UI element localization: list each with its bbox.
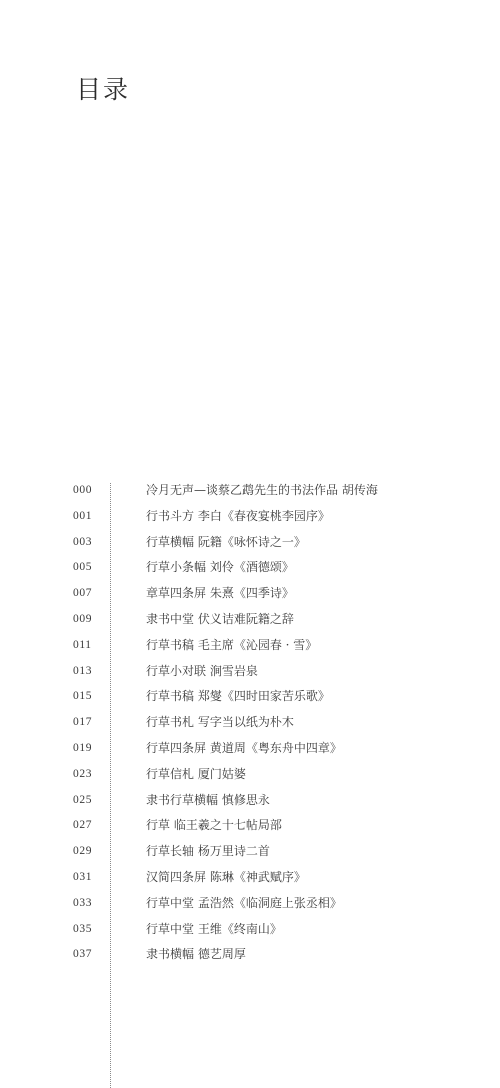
toc-entry-title[interactable]: 行草小条幅 刘伶《酒德颂》 xyxy=(146,558,294,576)
toc-entry[interactable]: 009 隶书中堂 伏义诘难阮籍之辞 xyxy=(0,610,500,636)
toc-entry[interactable]: 023 行草信札 厦门姑婆 xyxy=(0,765,500,791)
toc-entry[interactable]: 000 冷月无声—谈蔡乙鹉先生的书法作品 胡传海 xyxy=(0,481,500,507)
toc-entry[interactable]: 015 行草书稿 郑燮《四时田家苦乐歌》 xyxy=(0,687,500,713)
toc-page-number: 017 xyxy=(73,713,92,731)
table-of-contents: 000 冷月无声—谈蔡乙鹉先生的书法作品 胡传海 001 行书斗方 李白《春夜宴… xyxy=(0,481,500,971)
toc-entry[interactable]: 017 行草书札 写字当以纸为朴木 xyxy=(0,713,500,739)
toc-entry-title[interactable]: 行书斗方 李白《春夜宴桃李园序》 xyxy=(146,507,330,525)
toc-entry-title[interactable]: 隶书中堂 伏义诘难阮籍之辞 xyxy=(146,610,294,628)
toc-entry-title[interactable]: 隶书横幅 德艺周厚 xyxy=(146,945,246,963)
toc-page-number: 035 xyxy=(73,920,92,938)
toc-entry-title[interactable]: 行草书稿 毛主席《沁园春 · 雪》 xyxy=(146,636,317,654)
toc-page-number: 003 xyxy=(73,533,92,551)
toc-entry-title[interactable]: 行草小对联 涧雪岩泉 xyxy=(146,662,258,680)
page-title: 目录 xyxy=(76,70,130,106)
toc-entry-title[interactable]: 行草横幅 阮籍《咏怀诗之一》 xyxy=(146,533,306,551)
toc-entry-title[interactable]: 行草书稿 郑燮《四时田家苦乐歌》 xyxy=(146,687,330,705)
toc-entry[interactable]: 035 行草中堂 王维《终南山》 xyxy=(0,920,500,946)
toc-entry-title[interactable]: 冷月无声—谈蔡乙鹉先生的书法作品 胡传海 xyxy=(146,481,378,499)
toc-entry[interactable]: 031 汉简四条屏 陈琳《神武赋序》 xyxy=(0,868,500,894)
toc-page-number: 000 xyxy=(73,481,92,499)
toc-entry-title[interactable]: 隶书行草横幅 慎修思永 xyxy=(146,791,270,809)
toc-page-number: 007 xyxy=(73,584,92,602)
toc-entry[interactable]: 019 行草四条屏 黄道周《粤东舟中四章》 xyxy=(0,739,500,765)
toc-entry[interactable]: 025 隶书行草横幅 慎修思永 xyxy=(0,791,500,817)
toc-page-number: 025 xyxy=(73,791,92,809)
toc-page-number: 001 xyxy=(73,507,92,525)
toc-page-number: 027 xyxy=(73,816,92,834)
toc-page-number: 019 xyxy=(73,739,92,757)
toc-entry[interactable]: 001 行书斗方 李白《春夜宴桃李园序》 xyxy=(0,507,500,533)
toc-entry-title[interactable]: 行草中堂 王维《终南山》 xyxy=(146,920,282,938)
toc-page-number: 013 xyxy=(73,662,92,680)
toc-page-number: 009 xyxy=(73,610,92,628)
toc-entry[interactable]: 007 章草四条屏 朱熹《四季诗》 xyxy=(0,584,500,610)
toc-page-number: 029 xyxy=(73,842,92,860)
toc-entry[interactable]: 037 隶书横幅 德艺周厚 xyxy=(0,945,500,971)
toc-page-number: 033 xyxy=(73,894,92,912)
toc-entry-title[interactable]: 汉简四条屏 陈琳《神武赋序》 xyxy=(146,868,306,886)
toc-page-number: 011 xyxy=(73,636,92,654)
toc-page-number: 023 xyxy=(73,765,92,783)
toc-entry-title[interactable]: 行草书札 写字当以纸为朴木 xyxy=(146,713,294,731)
toc-page-number: 015 xyxy=(73,687,92,705)
toc-entry[interactable]: 027 行草 临王羲之十七帖局部 xyxy=(0,816,500,842)
toc-page-number: 031 xyxy=(73,868,92,886)
toc-entry[interactable]: 029 行草长轴 杨万里诗二首 xyxy=(0,842,500,868)
toc-entry-title[interactable]: 章草四条屏 朱熹《四季诗》 xyxy=(146,584,294,602)
toc-entry-title[interactable]: 行草四条屏 黄道周《粤东舟中四章》 xyxy=(146,739,342,757)
toc-entry-title[interactable]: 行草 临王羲之十七帖局部 xyxy=(146,816,282,834)
toc-entry[interactable]: 003 行草横幅 阮籍《咏怀诗之一》 xyxy=(0,533,500,559)
toc-entry[interactable]: 005 行草小条幅 刘伶《酒德颂》 xyxy=(0,558,500,584)
toc-page-number: 037 xyxy=(73,945,92,963)
toc-entry-title[interactable]: 行草中堂 孟浩然《临洞庭上张丞相》 xyxy=(146,894,342,912)
toc-entry-title[interactable]: 行草信札 厦门姑婆 xyxy=(146,765,246,783)
toc-entry-title[interactable]: 行草长轴 杨万里诗二首 xyxy=(146,842,270,860)
toc-page-number: 005 xyxy=(73,558,92,576)
toc-entry[interactable]: 011 行草书稿 毛主席《沁园春 · 雪》 xyxy=(0,636,500,662)
toc-entry[interactable]: 033 行草中堂 孟浩然《临洞庭上张丞相》 xyxy=(0,894,500,920)
toc-entry[interactable]: 013 行草小对联 涧雪岩泉 xyxy=(0,662,500,688)
